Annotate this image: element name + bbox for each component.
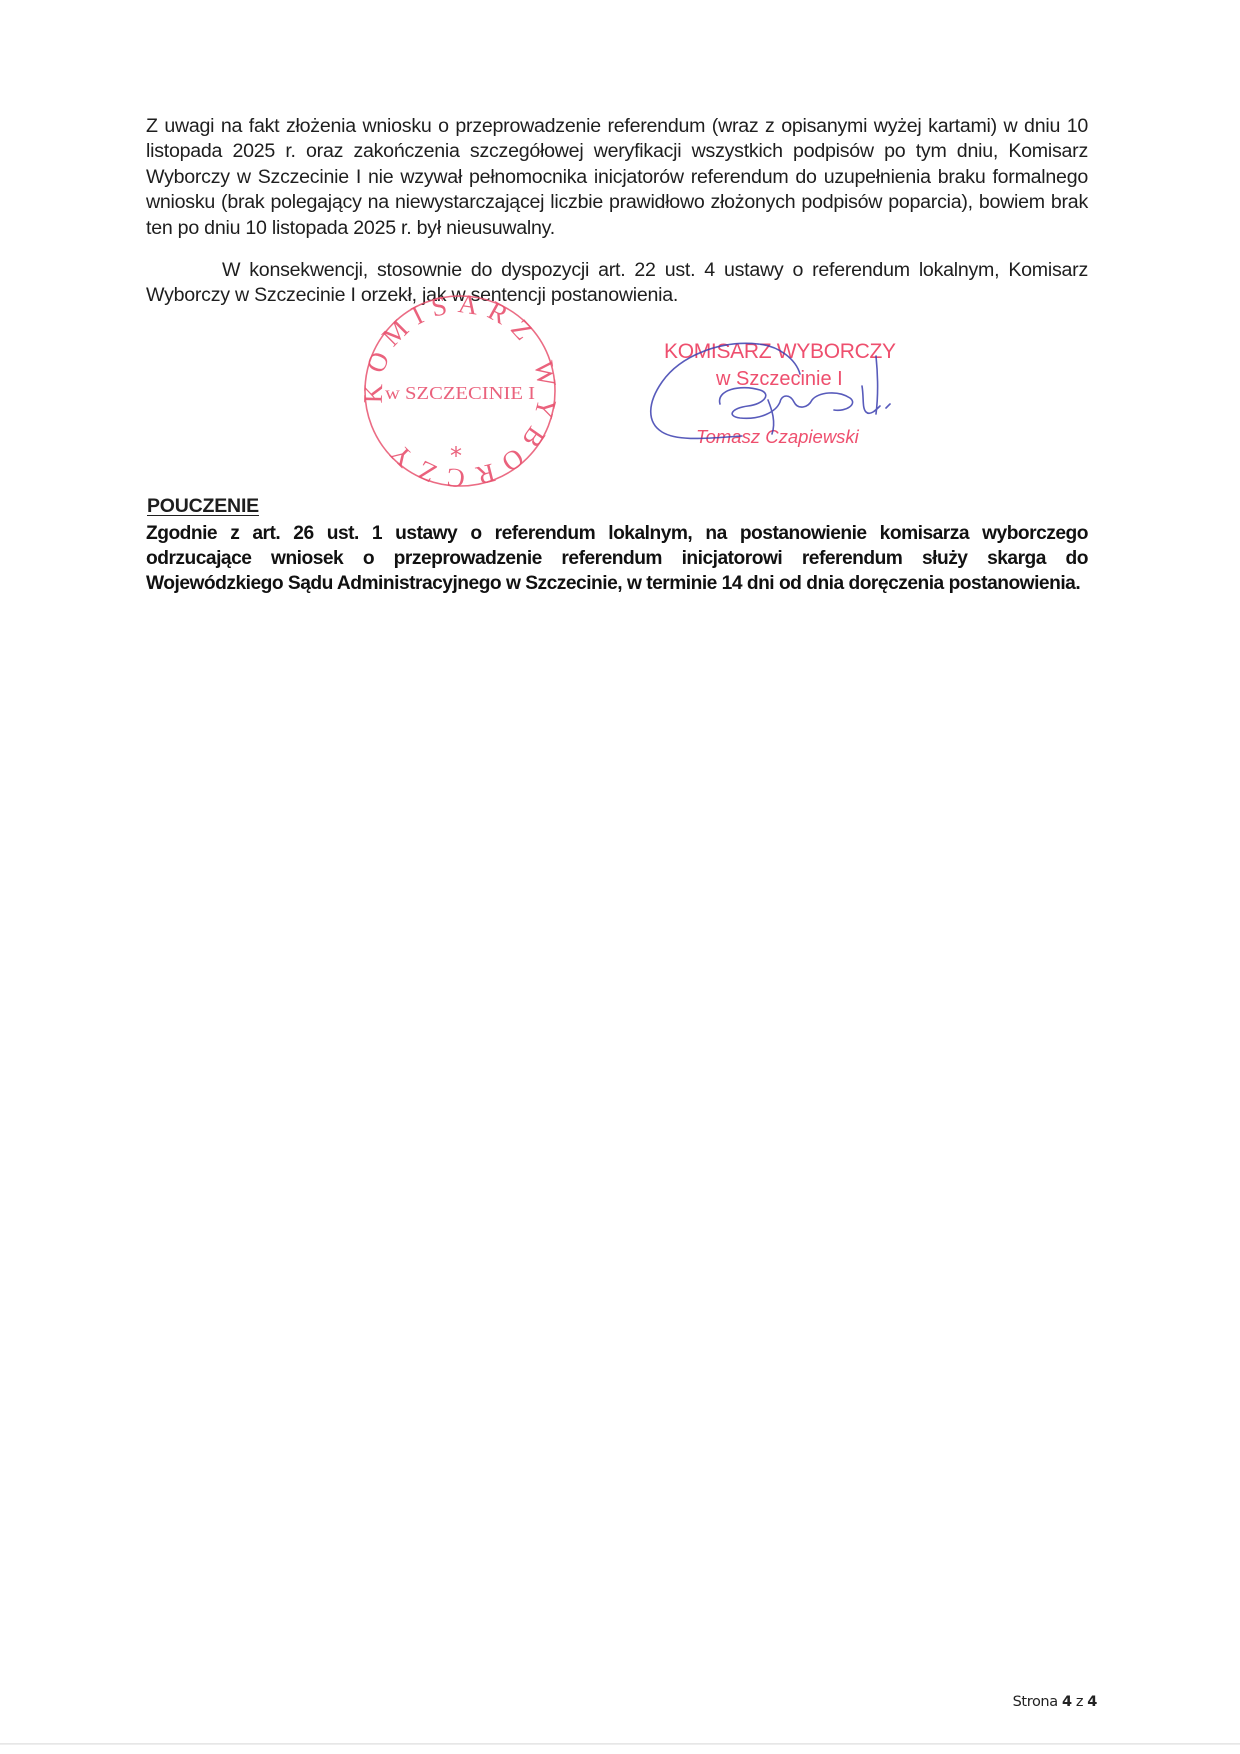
- page-number: Strona 4 z 4: [1013, 1694, 1097, 1710]
- instruction-heading: POUCZENIE: [147, 495, 259, 518]
- total-pages: 4: [1087, 1694, 1097, 1710]
- paragraph-verification: Z uwagi na fakt złożenia wniosku o przep…: [146, 114, 1088, 241]
- round-official-stamp: KOMISARZ WYBORCZY w SZCZECINIE I *: [355, 286, 565, 496]
- paragraph-conclusion-text: W konsekwencji, stosownie do dyspozycji …: [146, 259, 1088, 306]
- svg-text:*: *: [450, 442, 462, 470]
- svg-text:w SZCZECINIE I: w SZCZECINIE I: [385, 383, 535, 403]
- instruction-text: Zgodnie z art. 26 ust. 1 ustawy o refere…: [146, 521, 1088, 596]
- current-page: 4: [1062, 1694, 1072, 1710]
- signature-stamp-name: Tomasz Czapiewski: [696, 426, 859, 448]
- document-page: Z uwagi na fakt złożenia wniosku o przep…: [0, 0, 1240, 1754]
- footer-divider: [0, 1743, 1240, 1745]
- page-separator: z: [1076, 1694, 1083, 1710]
- paragraph-conclusion: W konsekwencji, stosownie do dyspozycji …: [146, 258, 1088, 309]
- page-label: Strona: [1013, 1694, 1058, 1710]
- signature-stamp-title: KOMISARZ WYBORCZY: [664, 340, 896, 364]
- signature-stamp: KOMISARZ WYBORCZY w Szczecinie I Tomasz …: [640, 330, 940, 470]
- stamp-seal-icon: KOMISARZ WYBORCZY w SZCZECINIE I *: [355, 286, 565, 496]
- signature-stamp-city: w Szczecinie I: [716, 368, 843, 391]
